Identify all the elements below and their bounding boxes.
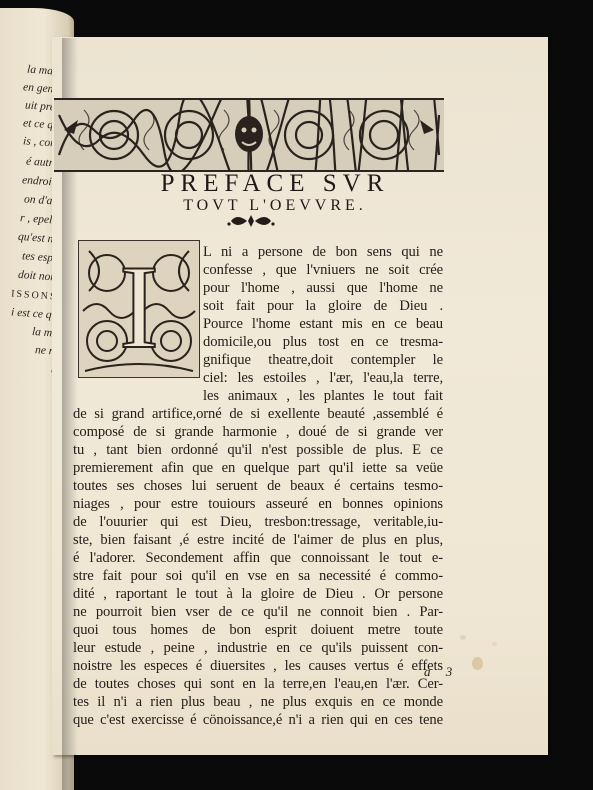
- text-line: Pource l'home estant mis en ce beau: [203, 316, 443, 333]
- fleuron-ornament-icon: [227, 213, 275, 229]
- text-line: dité , raportant le tout à la gloire de …: [73, 586, 443, 603]
- text-line: les animaux , les plantes le tout fait: [203, 388, 443, 405]
- foxing-stain: [492, 642, 497, 646]
- text-line: de si grand artifice,orné de si exellent…: [73, 406, 443, 423]
- text-line: premierement afin que en quelque part qu…: [73, 460, 443, 477]
- text-line: gnifique theatre,doit contempler le: [203, 352, 443, 369]
- text-line: ste, bien faisant ,é estre incité de l'a…: [73, 532, 443, 549]
- text-line: leur estude , peine , industrie en ce qu…: [73, 640, 443, 657]
- text-line: de l'ouurier qui est Dieu, tresbon:tress…: [73, 514, 443, 531]
- text-line: tes il n'i a rien plus beau , ne plus ex…: [73, 694, 443, 711]
- text-line: composé de si grande harmonie , doué de …: [73, 424, 443, 441]
- page-subtitle: TOVT L'OEVVRE.: [110, 197, 440, 215]
- text-line: ciel: les estoiles , l'ær, l'eau,la terr…: [203, 370, 443, 387]
- text-line: niages , pour estre touiours asseuré en …: [73, 496, 443, 513]
- signature-mark: a 3: [424, 664, 458, 680]
- text-line: é l'adorer. Secondement affin que connoi…: [73, 550, 443, 567]
- text-line: noistre les especes é diuersites , les c…: [73, 658, 443, 675]
- text-line: de toutes choses qui sont en la terre,en…: [73, 676, 443, 693]
- initial-letter: I: [79, 247, 199, 367]
- decorated-initial-icon: I: [78, 240, 200, 378]
- text-line: domicile,ou plus tost en ce tresma-: [203, 334, 443, 351]
- text-line: toutes ses choses lui seruent de beaux é…: [73, 478, 443, 495]
- text-line: pour l'home , aussi que l'home ne: [203, 280, 443, 297]
- foxing-stain: [472, 657, 483, 670]
- text-line: confesse , que l'vniuers ne soit crée: [203, 262, 443, 279]
- text-line: L ni a persone de bon sens qui ne: [203, 244, 443, 261]
- text-line: soit fait pour la gloire de Dieu .: [203, 298, 443, 315]
- text-line: stre fait pour soi qu'il en vse en sa ne…: [73, 568, 443, 585]
- text-line: que c'est exercisse é cönoissance,é n'i …: [73, 712, 443, 729]
- foxing-stain: [460, 635, 466, 640]
- text-line: ne pourroit bien vser de ce qu'il ne con…: [73, 604, 443, 621]
- page-title: PREFACE SVR: [110, 170, 440, 198]
- text-line: quoi tous homes de bon esprit doiuent me…: [73, 622, 443, 639]
- text-line: tu , tant bien ordonné qu'il n'est possi…: [73, 442, 443, 459]
- ornamental-headpiece-icon: [54, 98, 444, 172]
